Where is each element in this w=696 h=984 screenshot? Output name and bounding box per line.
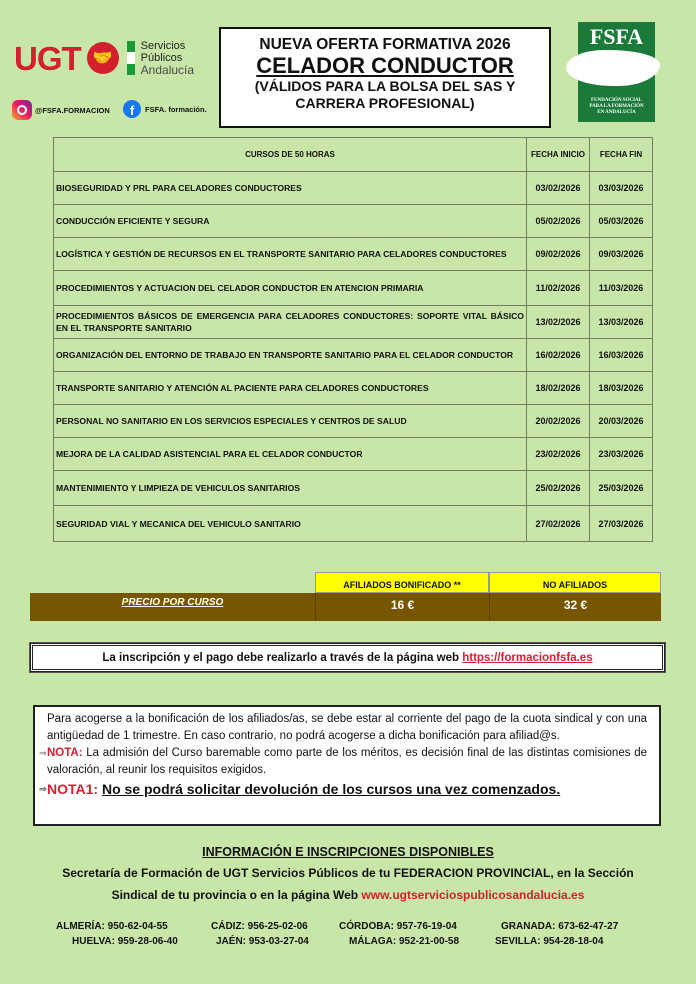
col-header-start: FECHA INICIO: [527, 138, 590, 172]
instagram-link[interactable]: @FSFA.FORMACION: [12, 100, 110, 120]
course-start: 20/02/2026: [527, 405, 590, 438]
fsfa-logo: FSFA FUNDACIÓN SOCIAL PARA LA FORMACIÓN …: [578, 22, 655, 122]
table-row: TRANSPORTE SANITARIO Y ATENCIÓN AL PACIE…: [54, 372, 653, 405]
course-name: PERSONAL NO SANITARIO EN LOS SERVICIOS E…: [54, 405, 527, 438]
phone-entry: GRANADA: 673-62-47-27: [501, 920, 618, 934]
table-header-row: CURSOS DE 50 HORAS FECHA INICIO FECHA FI…: [54, 138, 653, 172]
nota1-label: NOTA1:: [47, 781, 98, 797]
course-start: 03/02/2026: [527, 172, 590, 205]
notes-box: Para acogerse a la bonificación de los a…: [33, 705, 661, 826]
table-row: CONDUCCIÓN EFICIENTE Y SEGURA05/02/20260…: [54, 205, 653, 238]
phone-entry: ALMERÍA: 950-62-04-55: [56, 920, 168, 934]
title-line-4: CARRERA PROFESIONAL): [221, 95, 549, 112]
table-row: PROCEDIMIENTOS Y ACTUACION DEL CELADOR C…: [54, 271, 653, 306]
course-name: MEJORA DE LA CALIDAD ASISTENCIAL PARA EL…: [54, 438, 527, 471]
course-name: MANTENIMIENTO Y LIMPIEZA DE VEHICULOS SA…: [54, 471, 527, 506]
phone-entry: HUELVA: 959-28-06-40: [72, 935, 178, 949]
price-header-afiliados: AFILIADOS BONIFICADO **: [315, 572, 489, 593]
course-start: 16/02/2026: [527, 339, 590, 372]
phone-entry: MÁLAGA: 952-21-00-58: [349, 935, 459, 949]
price-afiliados: 16 €: [315, 593, 489, 621]
website-link[interactable]: www.ugtserviciospublicosandalucia.es: [361, 888, 584, 902]
nota-item: ⇒ NOTA: La admisión del Curso baremable …: [47, 745, 647, 779]
facebook-link[interactable]: f FSFA. formación.: [123, 100, 207, 118]
andalucia-flag-icon: [127, 41, 135, 75]
title-box: NUEVA OFERTA FORMATIVA 2026 CELADOR COND…: [219, 27, 551, 128]
info-line-2: Sindical de tu provincia o en la página …: [112, 888, 362, 902]
course-name: LOGÍSTICA Y GESTIÓN DE RECURSOS EN EL TR…: [54, 238, 527, 271]
facebook-icon: f: [123, 100, 141, 118]
instagram-icon: [12, 100, 32, 120]
course-name: SEGURIDAD VIAL Y MECANICA DEL VEHICULO S…: [54, 506, 527, 542]
course-name: TRANSPORTE SANITARIO Y ATENCIÓN AL PACIE…: [54, 372, 527, 405]
info-line-1: Secretaría de Formación de UGT Servicios…: [0, 862, 696, 884]
table-row: ORGANIZACIÓN DEL ENTORNO DE TRABAJO EN T…: [54, 339, 653, 372]
nota1-item: ⇒ NOTA1: No se podrá solicitar devolució…: [47, 781, 647, 798]
ugt-wordmark: UGT: [14, 42, 81, 75]
course-end: 23/03/2026: [590, 438, 653, 471]
course-end: 25/03/2026: [590, 471, 653, 506]
title-line-3: (VÁLIDOS PARA LA BOLSA DEL SAS Y: [221, 78, 549, 95]
course-start: 27/02/2026: [527, 506, 590, 542]
andalucia-map-icon: [566, 50, 660, 86]
arrow-icon: ⇒: [39, 781, 47, 798]
course-end: 16/03/2026: [590, 339, 653, 372]
price-header-no-afiliados: NO AFILIADOS: [489, 572, 661, 593]
servicios-publicos-logo: Servicios Públicos Andalucía: [141, 40, 194, 76]
course-end: 13/03/2026: [590, 306, 653, 339]
course-start: 18/02/2026: [527, 372, 590, 405]
handshake-icon: 🤝: [87, 42, 119, 74]
info-heading: INFORMACIÓN E INSCRIPCIONES DISPONIBLES: [0, 842, 696, 862]
phone-entry: CÁDIZ: 956-25-02-06: [211, 920, 308, 934]
table-row: SEGURIDAD VIAL Y MECANICA DEL VEHICULO S…: [54, 506, 653, 542]
table-row: PROCEDIMIENTOS BÁSICOS DE EMERGENCIA PAR…: [54, 306, 653, 339]
info-section: INFORMACIÓN E INSCRIPCIONES DISPONIBLES …: [0, 842, 696, 906]
phone-entry: JAÉN: 953-03-27-04: [216, 935, 309, 949]
facebook-handle: FSFA. formación.: [145, 105, 207, 114]
registration-box: La inscripción y el pago debe realizarlo…: [30, 643, 665, 672]
nota-label: NOTA:: [47, 747, 83, 759]
course-name: BIOSEGURIDAD Y PRL PARA CELADORES CONDUC…: [54, 172, 527, 205]
course-start: 13/02/2026: [527, 306, 590, 339]
course-name: PROCEDIMIENTOS BÁSICOS DE EMERGENCIA PAR…: [54, 306, 527, 339]
title-main: CELADOR CONDUCTOR: [221, 54, 549, 78]
course-end: 03/03/2026: [590, 172, 653, 205]
course-end: 18/03/2026: [590, 372, 653, 405]
course-start: 09/02/2026: [527, 238, 590, 271]
instagram-handle: @FSFA.FORMACION: [35, 106, 110, 115]
course-end: 11/03/2026: [590, 271, 653, 306]
col-header-course: CURSOS DE 50 HORAS: [54, 138, 527, 172]
table-row: LOGÍSTICA Y GESTIÓN DE RECURSOS EN EL TR…: [54, 238, 653, 271]
table-row: PERSONAL NO SANITARIO EN LOS SERVICIOS E…: [54, 405, 653, 438]
registration-link[interactable]: https://formacionfsfa.es: [462, 652, 592, 664]
table-row: MANTENIMIENTO Y LIMPIEZA DE VEHICULOS SA…: [54, 471, 653, 506]
course-end: 20/03/2026: [590, 405, 653, 438]
course-start: 11/02/2026: [527, 271, 590, 306]
course-name: CONDUCCIÓN EFICIENTE Y SEGURA: [54, 205, 527, 238]
phone-entry: SEVILLA: 954-28-18-04: [495, 935, 603, 949]
col-header-end: FECHA FIN: [590, 138, 653, 172]
arrow-icon: ⇒: [39, 745, 47, 762]
course-start: 23/02/2026: [527, 438, 590, 471]
phone-entry: CÓRDOBA: 957-76-19-04: [339, 920, 457, 934]
table-row: MEJORA DE LA CALIDAD ASISTENCIAL PARA EL…: [54, 438, 653, 471]
course-name: ORGANIZACIÓN DEL ENTORNO DE TRABAJO EN T…: [54, 339, 527, 372]
nota1-text: No se podrá solicitar devolución de los …: [102, 781, 560, 797]
ugt-logo: UGT 🤝 Servicios Públicos Andalucía: [14, 40, 194, 76]
bonificacion-note: Para acogerse a la bonificación de los a…: [47, 711, 647, 745]
course-end: 09/03/2026: [590, 238, 653, 271]
price-row: PRECIO POR CURSO 16 € 32 €: [30, 593, 661, 621]
price-table: AFILIADOS BONIFICADO ** NO AFILIADOS PRE…: [30, 572, 661, 621]
table-row: BIOSEGURIDAD Y PRL PARA CELADORES CONDUC…: [54, 172, 653, 205]
course-name: PROCEDIMIENTOS Y ACTUACION DEL CELADOR C…: [54, 271, 527, 306]
course-end: 27/03/2026: [590, 506, 653, 542]
registration-text: La inscripción y el pago debe realizarlo…: [102, 652, 462, 664]
course-end: 05/03/2026: [590, 205, 653, 238]
price-no-afiliados: 32 €: [489, 593, 661, 621]
course-start: 25/02/2026: [527, 471, 590, 506]
course-start: 05/02/2026: [527, 205, 590, 238]
nota-text: La admisión del Curso baremable como par…: [47, 747, 647, 776]
price-label: PRECIO POR CURSO: [30, 593, 315, 621]
title-line-1: NUEVA OFERTA FORMATIVA 2026: [221, 35, 549, 54]
courses-table: CURSOS DE 50 HORAS FECHA INICIO FECHA FI…: [53, 137, 653, 542]
